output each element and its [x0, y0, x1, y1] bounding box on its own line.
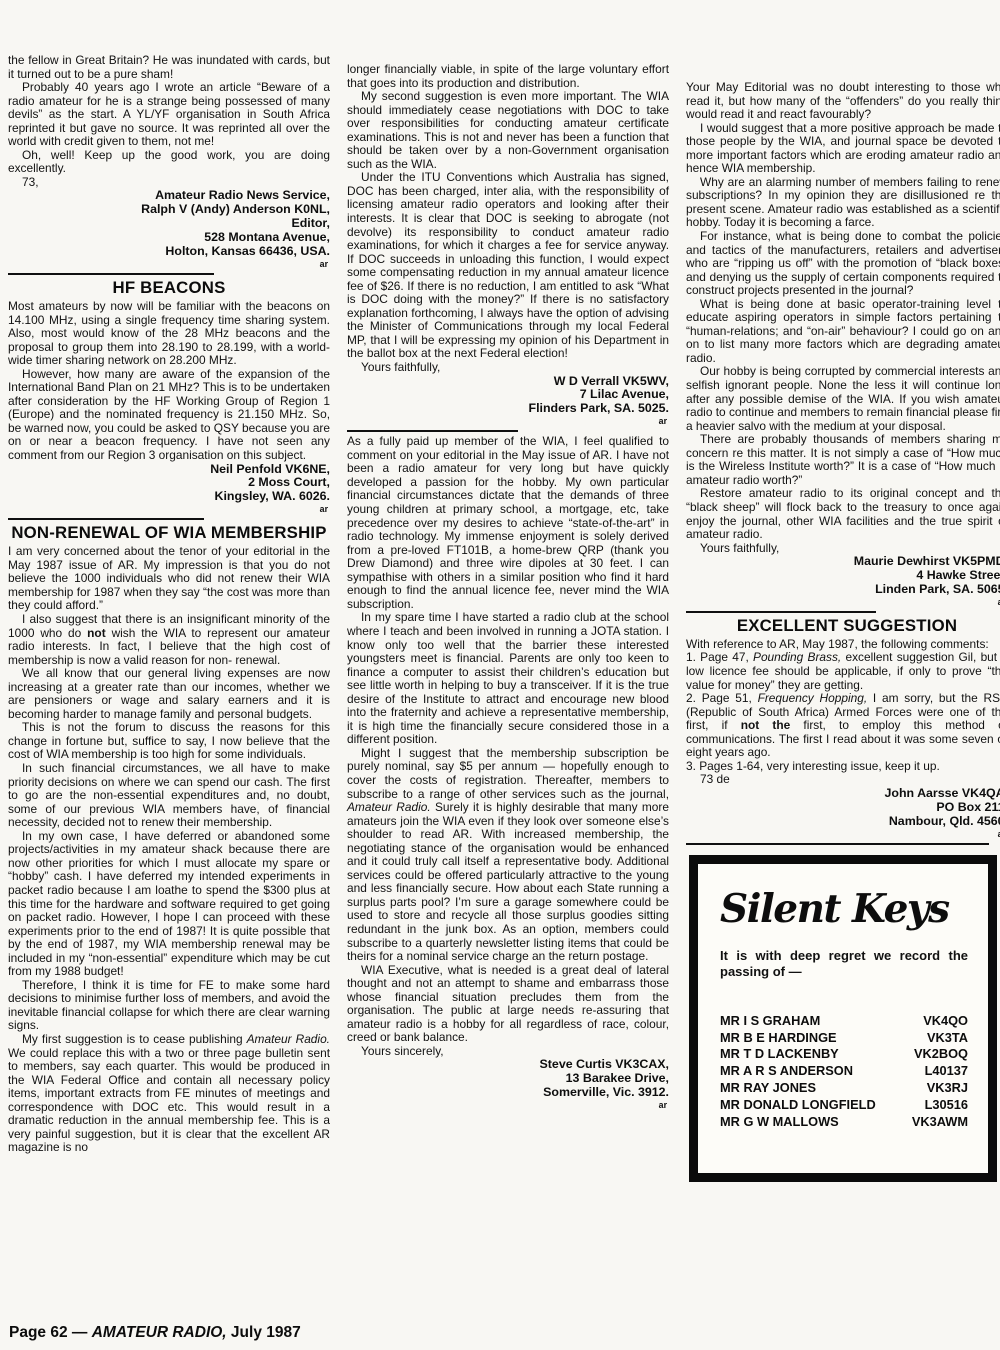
letter-paragraph: Might I suggest that the membership subs… [347, 747, 669, 964]
footer-magazine-title: AMATEUR RADIO, [92, 1324, 227, 1341]
silent-keys-box: Silent Keys It is with deep regret we re… [689, 855, 997, 1182]
letter-paragraph: In my own case, I have deferred or aband… [8, 830, 330, 979]
silent-keys-entry: MR DONALD LONGFIELDL30516 [720, 1097, 968, 1114]
letter-closing: Yours faithfully, [347, 361, 669, 375]
silent-keys-intro: It is with deep regret we record the pas… [720, 948, 968, 981]
letter-paragraph: For instance, what is being done to comb… [686, 230, 1000, 298]
letter-paragraph: I am very concerned about the tenor of y… [8, 545, 330, 613]
end-of-letter-mark: ar [8, 505, 328, 514]
section-divider [8, 273, 214, 275]
signature-line: Kingsley, WA. 6026. [8, 490, 330, 504]
signature-line: 7 Lilac Avenue, [347, 388, 669, 402]
section-divider [686, 611, 876, 613]
letter-paragraph: Most amateurs by now will be familiar wi… [8, 300, 330, 368]
letter-closing: Yours sincerely, [347, 1045, 669, 1059]
letter-paragraph: longer financially viable, in spite of t… [347, 63, 669, 90]
silent-keys-list: MR I S GRAHAMVK4QO MR B E HARDINGEVK3TA … [720, 1013, 968, 1131]
section-divider [686, 843, 989, 845]
end-of-letter-mark: ar [686, 830, 1000, 839]
end-of-letter-mark: ar [347, 417, 667, 426]
signature-line: W D Verrall VK5WV, [347, 375, 669, 389]
numbered-comment: 3. Pages 1-64, very interesting issue, k… [686, 760, 1000, 774]
deceased-callsign: VK2BOQ [914, 1046, 968, 1063]
deceased-callsign: VK4QO [923, 1013, 968, 1030]
signature-line: 528 Montana Avenue, [8, 231, 330, 245]
letter-73-line: 73 de [686, 773, 1000, 787]
deceased-name: MR T D LACKENBY [720, 1046, 839, 1063]
end-of-letter-mark: ar [347, 1101, 667, 1110]
letter-paragraph: In such financial circumstances, we all … [8, 762, 330, 830]
section-heading-excellent-suggestion: EXCELLENT SUGGESTION [686, 616, 1000, 636]
page-footer: Page 62 — AMATEUR RADIO, July 1987 [9, 1324, 301, 1342]
silent-keys-entry: MR T D LACKENBYVK2BOQ [720, 1046, 968, 1063]
footer-date: July 1987 [227, 1324, 301, 1341]
deceased-callsign: VK3AWM [912, 1114, 968, 1131]
letter-paragraph: My second suggestion is even more import… [347, 90, 669, 171]
signature-line: 4 Hawke Street, [686, 569, 1000, 583]
numbered-comment: 1. Page 47, Pounding Brass, excellent su… [686, 651, 1000, 692]
letter-paragraph: We all know that our general living expe… [8, 667, 330, 721]
magazine-page: the fellow in Great Britain? He was inun… [0, 0, 1000, 1350]
signature-line: Somerville, Vic. 3912. [347, 1086, 669, 1100]
signature-line: PO Box 211, [686, 801, 1000, 815]
end-of-letter-mark: ar [8, 260, 328, 269]
deceased-name: MR DONALD LONGFIELD [720, 1097, 876, 1114]
silent-keys-entry: MR A R S ANDERSONL40137 [720, 1063, 968, 1080]
letter-paragraph: Under the ITU Conventions which Australi… [347, 171, 669, 361]
signature-line: Editor, [8, 217, 330, 231]
column-middle: longer financially viable, in spite of t… [347, 54, 669, 1182]
letter-paragraph: With reference to AR, May 1987, the foll… [686, 638, 1000, 652]
letters-columns: the fellow in Great Britain? He was inun… [8, 54, 1000, 1182]
signature-line: 13 Barakee Drive, [347, 1072, 669, 1086]
letter-paragraph: Oh, well! Keep up the good work, you are… [8, 149, 330, 176]
signature-line: Steve Curtis VK3CAX, [347, 1058, 669, 1072]
signature-line: Ralph V (Andy) Anderson K0NL, [8, 203, 330, 217]
letter-paragraph: What is being done at basic operator-tra… [686, 298, 1000, 366]
signature-block: W D Verrall VK5WV, 7 Lilac Avenue, Flind… [347, 375, 669, 417]
letter-paragraph: Therefore, I think it is time for FE to … [8, 979, 330, 1033]
numbered-comment: 2. Page 51, Frequency Hopping, I am sorr… [686, 692, 1000, 760]
letter-paragraph: I also suggest that there is an insignif… [8, 613, 330, 667]
end-of-letter-mark: ar [686, 598, 1000, 607]
deceased-callsign: L30516 [925, 1097, 968, 1114]
letter-paragraph: Restore amateur radio to its original co… [686, 487, 1000, 541]
letter-paragraph: There are probably thousands of members … [686, 433, 1000, 487]
silent-keys-entry: MR G W MALLOWSVK3AWM [720, 1114, 968, 1131]
signature-line: Amateur Radio News Service, [8, 189, 330, 203]
signature-line: Nambour, Qld. 4560. [686, 815, 1000, 829]
letter-paragraph: This is not the forum to discuss the rea… [8, 721, 330, 762]
deceased-name: MR I S GRAHAM [720, 1013, 820, 1030]
section-heading-non-renewal: NON-RENEWAL OF WIA MEMBERSHIP [8, 523, 330, 543]
letter-paragraph: Your May Editorial was no doubt interest… [686, 81, 1000, 122]
letter-paragraph: Probably 40 years ago I wrote an article… [8, 81, 330, 149]
signature-line: Maurie Dewhirst VK5PMD, [686, 555, 1000, 569]
footer-page-number: Page 62 — [9, 1324, 92, 1341]
deceased-name: MR B E HARDINGE [720, 1030, 837, 1047]
letter-73-line: 73, [8, 176, 330, 190]
signature-block: Steve Curtis VK3CAX, 13 Barakee Drive, S… [347, 1058, 669, 1100]
signature-line: 2 Moss Court, [8, 476, 330, 490]
signature-line: Holton, Kansas 66436, USA. [8, 245, 330, 259]
signature-line: John Aarsse VK4QA, [686, 787, 1000, 801]
signature-block: Neil Penfold VK6NE, 2 Moss Court, Kingsl… [8, 463, 330, 505]
deceased-name: MR A R S ANDERSON [720, 1063, 853, 1080]
letter-paragraph: Our hobby is being corrupted by commerci… [686, 365, 1000, 433]
signature-line: Flinders Park, SA. 5025. [347, 402, 669, 416]
deceased-name: MR G W MALLOWS [720, 1114, 839, 1131]
silent-keys-entry: MR I S GRAHAMVK4QO [720, 1013, 968, 1030]
silent-keys-entry: MR B E HARDINGEVK3TA [720, 1030, 968, 1047]
deceased-name: MR RAY JONES [720, 1080, 816, 1097]
letter-paragraph: I would suggest that a more positive app… [686, 122, 1000, 176]
section-divider [347, 430, 518, 432]
signature-line: Neil Penfold VK6NE, [8, 463, 330, 477]
letter-paragraph: As a fully paid up member of the WIA, I … [347, 435, 669, 611]
signature-block: John Aarsse VK4QA, PO Box 211, Nambour, … [686, 787, 1000, 829]
letter-paragraph: the fellow in Great Britain? He was inun… [8, 54, 330, 81]
silent-keys-title: Silent Keys [720, 886, 968, 932]
letter-paragraph: WIA Executive, what is needed is a great… [347, 964, 669, 1045]
deceased-callsign: VK3RJ [927, 1080, 968, 1097]
column-left: the fellow in Great Britain? He was inun… [8, 54, 330, 1182]
letter-paragraph: Why are an alarming number of members fa… [686, 176, 1000, 230]
letter-closing: Yours faithfully, [686, 542, 1000, 556]
letter-paragraph: My first suggestion is to cease publishi… [8, 1033, 330, 1155]
section-divider [8, 518, 204, 520]
signature-block: Maurie Dewhirst VK5PMD, 4 Hawke Street, … [686, 555, 1000, 597]
deceased-callsign: VK3TA [927, 1030, 968, 1047]
section-heading-hf-beacons: HF BEACONS [8, 278, 330, 298]
silent-keys-entry: MR RAY JONESVK3RJ [720, 1080, 968, 1097]
signature-line: Linden Park, SA. 5065. [686, 583, 1000, 597]
deceased-callsign: L40137 [925, 1063, 968, 1080]
letter-paragraph: In my spare time I have started a radio … [347, 611, 669, 746]
column-right: Your May Editorial was no doubt interest… [686, 54, 1000, 1182]
signature-block: Amateur Radio News Service, Ralph V (And… [8, 189, 330, 259]
letter-paragraph: However, how many are aware of the expan… [8, 368, 330, 463]
